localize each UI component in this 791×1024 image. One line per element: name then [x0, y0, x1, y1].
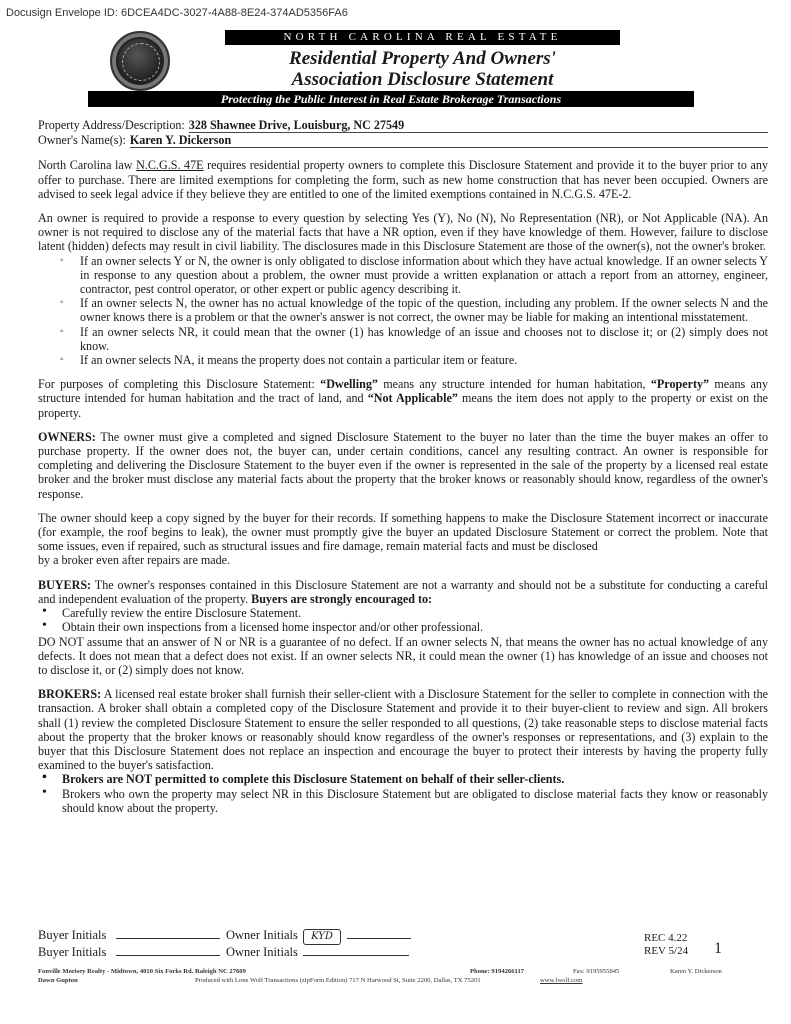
rev-code: REV 5/24	[644, 945, 688, 958]
buyer-initials-label: Buyer Initials	[38, 945, 116, 959]
owner-initials-label: Owner Initials	[226, 928, 303, 942]
form-title-line1: Residential Property And Owners'	[225, 48, 620, 69]
rec-code: REC 4.22	[644, 932, 688, 945]
list-item: If an owner selects NR, it could mean th…	[38, 325, 768, 353]
initials-block: Buyer Initials Owner Initials KYD Buyer …	[38, 928, 411, 959]
footer-client: Karen Y. Dickerson	[670, 967, 722, 976]
footer-website-link[interactable]: www.lwolf.com	[540, 976, 582, 985]
buyers-section: BUYERS: The owner's responses contained …	[38, 578, 768, 606]
list-item: If an owner selects Y or N, the owner is…	[38, 254, 768, 297]
owner-name-field[interactable]: Karen Y. Dickerson	[130, 133, 768, 148]
buyer-initials-label: Buyer Initials	[38, 928, 116, 942]
owner-initials-signature[interactable]: KYD	[303, 929, 341, 945]
owners-update-paragraph: The owner should keep a copy signed by t…	[38, 511, 768, 554]
commission-seal-icon	[110, 31, 170, 91]
page-number: 1	[714, 940, 722, 958]
buyers-heading: BUYERS:	[38, 578, 91, 592]
form-codes: REC 4.22 REV 5/24	[644, 932, 688, 958]
property-address-row: Property Address/Description: 328 Shawne…	[38, 118, 768, 133]
owner-initials-label: Owner Initials	[226, 945, 303, 959]
docusign-envelope-id: Docusign Envelope ID: 6DCEA4DC-3027-4A88…	[6, 7, 348, 19]
owner-name-label: Owner's Name(s):	[38, 133, 126, 147]
owners-heading: OWNERS:	[38, 430, 96, 444]
initials-row-2: Buyer Initials Owner Initials	[38, 945, 411, 959]
footer-phone: Phone: 9194266117	[470, 967, 524, 976]
initials-row-1: Buyer Initials Owner Initials KYD	[38, 928, 411, 945]
buyer-initials-field[interactable]	[116, 945, 220, 956]
buyer-initials-field[interactable]	[116, 928, 220, 939]
definitions-paragraph: For purposes of completing this Disclosu…	[38, 377, 768, 420]
list-item: Obtain their own inspections from a lice…	[38, 620, 768, 634]
brokers-section: BROKERS: A licensed real estate broker s…	[38, 687, 768, 772]
disclosure-body: Property Address/Description: 328 Shawne…	[38, 118, 768, 815]
tagline-banner: Protecting the Public Interest in Real E…	[88, 91, 694, 107]
buyers-warning: DO NOT assume that an answer of N or NR …	[38, 635, 768, 678]
response-options-list: If an owner selects Y or N, the owner is…	[38, 254, 768, 368]
response-instructions: An owner is required to provide a respon…	[38, 211, 768, 254]
list-item: If an owner selects NA, it means the pro…	[38, 353, 768, 367]
owner-initials-field[interactable]	[347, 928, 411, 939]
property-address-label: Property Address/Description:	[38, 118, 185, 132]
list-item: If an owner selects N, the owner has no …	[38, 296, 768, 324]
statute-link[interactable]: N.C.G.S. 47E	[136, 158, 203, 172]
list-item: Brokers are NOT permitted to complete th…	[38, 772, 768, 786]
footer-agent: Dawn Gupton	[38, 976, 78, 985]
owner-initials-field[interactable]	[303, 945, 409, 956]
owners-update-paragraph-cont: by a broker even after repairs are made.	[38, 553, 768, 567]
footer-fax: Fax: 9195955845	[573, 967, 619, 976]
property-address-field[interactable]: 328 Shawnee Drive, Louisburg, NC 27549	[189, 118, 768, 133]
owners-section: OWNERS: The owner must give a completed …	[38, 430, 768, 501]
broker-rules-list: Brokers are NOT permitted to complete th…	[38, 772, 768, 815]
owner-name-row: Owner's Name(s): Karen Y. Dickerson	[38, 133, 768, 148]
intro-paragraph: North Carolina law N.C.G.S. 47E requires…	[38, 158, 768, 201]
form-title-line2: Association Disclosure Statement	[225, 69, 620, 90]
buyer-recommendations-list: Carefully review the entire Disclosure S…	[38, 606, 768, 634]
list-item: Brokers who own the property may select …	[38, 787, 768, 815]
brokers-heading: BROKERS:	[38, 687, 101, 701]
list-item: Carefully review the entire Disclosure S…	[38, 606, 768, 620]
footer-agency: Fonville Morisey Realty - Midtown, 4010 …	[38, 967, 246, 976]
footer-produced-by: Produced with Lone Wolf Transactions (zi…	[195, 976, 481, 985]
commission-banner: NORTH CAROLINA REAL ESTATE COMMISSION	[225, 30, 620, 45]
